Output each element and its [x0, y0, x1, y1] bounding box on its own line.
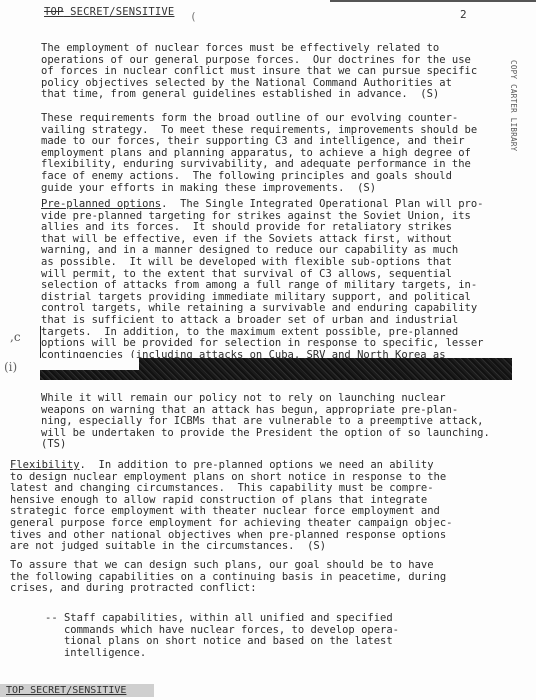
library-stamp: COPY CARTER LIBRARY [509, 60, 518, 152]
paragraph-employment: The employment of nuclear forces must be… [41, 43, 477, 101]
paren-mark: ( [190, 10, 197, 23]
paragraph-pre-planned-options: Pre-planned options. The Single Integrat… [41, 199, 484, 373]
page-number: 2 [460, 8, 467, 21]
paragraph-pre-planned-text: . The Single Integrated Operational Plan… [41, 198, 484, 372]
section-heading-pre-planned: Pre-planned options [41, 198, 161, 210]
classification-struck: TOP [44, 6, 64, 18]
redaction-notch [40, 358, 139, 370]
scan-edge-line [330, 0, 536, 2]
paragraph-flexibility-text: . In addition to pre-planned options we … [10, 459, 453, 552]
paragraph-requirements: These requirements form the broad outlin… [41, 113, 477, 194]
section-heading-flexibility: Flexibility [10, 459, 80, 471]
paragraph-capabilities-goal: To assure that we can design such plans,… [10, 560, 446, 595]
classification-footer: TOP SECRET/SENSITIVE [0, 684, 154, 697]
handwritten-mark-circle: (i) [4, 360, 17, 374]
paragraph-launch-on-warning: While it will remain our policy not to r… [41, 393, 490, 451]
handwritten-mark: ,c [10, 330, 21, 344]
document-page: TOP SECRET/SENSITIVE ( 2 COPY CARTER LIB… [0, 0, 536, 700]
classification-label: SECRET/SENSITIVE [70, 6, 174, 18]
classification-header: TOP SECRET/SENSITIVE [44, 6, 174, 18]
paragraph-flexibility: Flexibility. In addition to pre-planned … [10, 460, 453, 553]
bullet-staff-capabilities: -- Staff capabilities, within all unifie… [45, 613, 399, 659]
